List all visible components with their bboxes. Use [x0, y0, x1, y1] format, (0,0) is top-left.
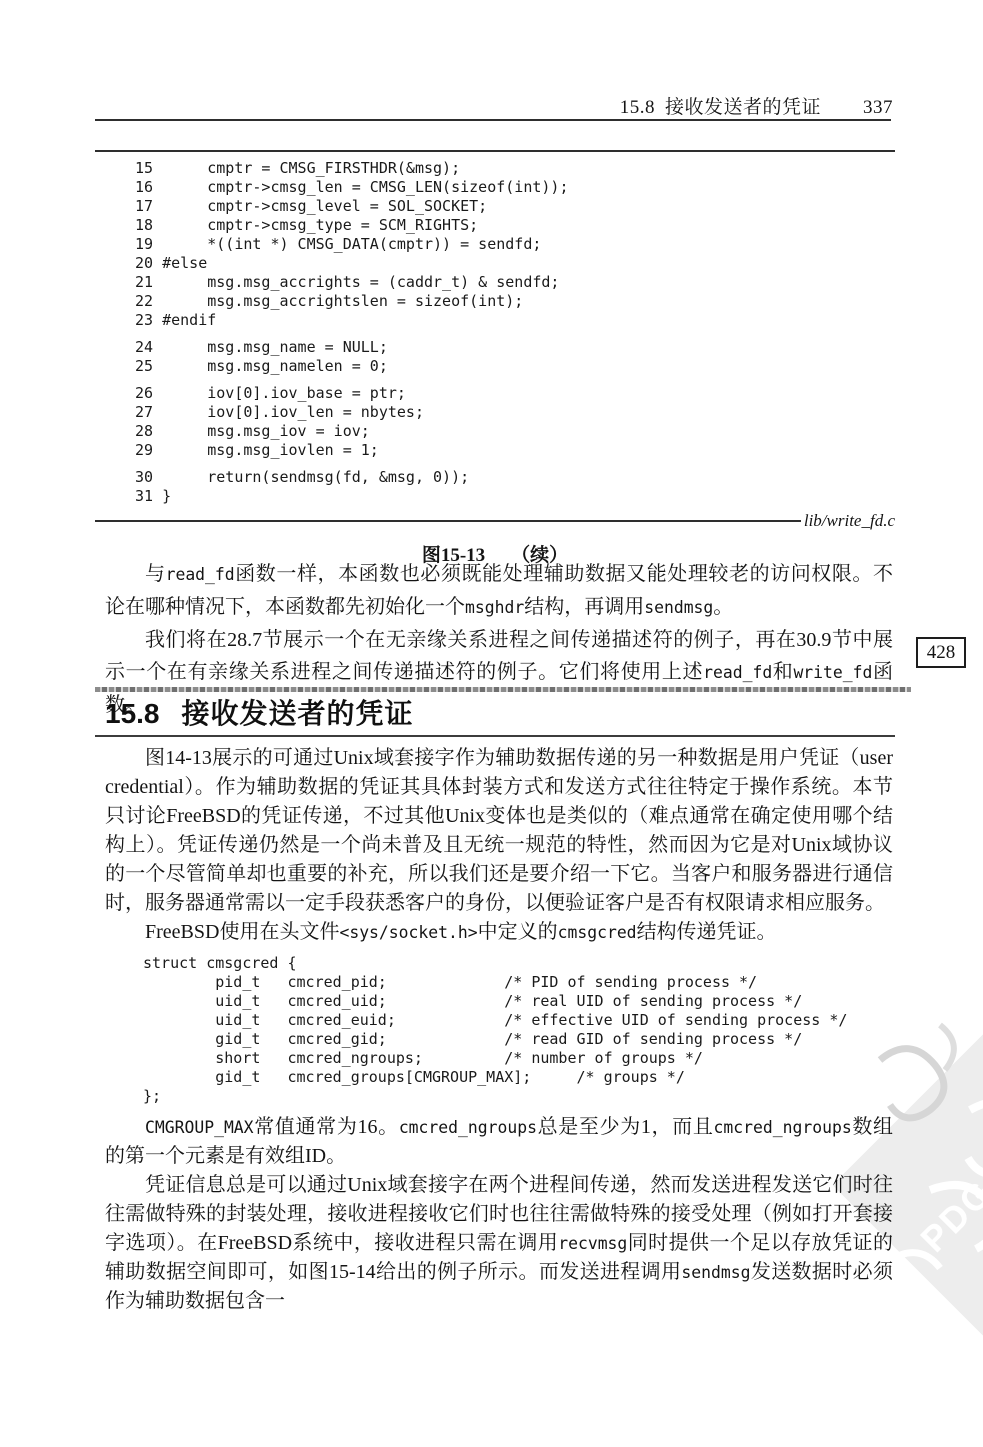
section-heading-hatch-band: [95, 687, 911, 692]
section-heading-rule: [95, 735, 895, 737]
page-number: 337: [863, 97, 893, 118]
code-listing-lines-26-29: 26 iov[0].iov_base = ptr; 27 iov[0].iov_…: [95, 384, 895, 460]
code-listing-lines-30-31: 30 return(sendmsg(fd, &msg, 0)); 31 }: [95, 468, 895, 506]
paragraph-cmgroup-max: CMGROUP_MAX常值通常为16。cmcred_ngroups总是至少为1，…: [105, 1113, 893, 1171]
code-listing-lines-15-23: 15 cmptr = CMSG_FIRSTHDR(&msg); 16 cmptr…: [95, 159, 895, 330]
book-page: PDG 15.8接收发送者的凭证337 15 cmptr = CMSG_FIRS…: [0, 0, 983, 1447]
section-heading: 15.8 接收发送者的凭证: [105, 698, 911, 730]
header-section-number: 15.8: [620, 97, 655, 118]
code-figure-15-13: 15 cmptr = CMSG_FIRSTHDR(&msg); 16 cmptr…: [95, 150, 895, 567]
section-body: 图14-13展示的可通过Unix域套接字作为辅助数据传递的另一种数据是用户凭证（…: [105, 744, 893, 1316]
section-heading-number: 15.8: [105, 698, 160, 730]
section-heading-title: 接收发送者的凭证: [182, 698, 414, 730]
paragraph-read-fd: 与read_fd函数一样，本函数也必须既能处理辅助数据又能处理较老的访问权限。不…: [105, 558, 893, 624]
cmsgcred-struct-listing: struct cmsgcred { pid_t cmcred_pid; /* P…: [143, 954, 893, 1106]
paragraph-freebsd-cmsgcred: FreeBSD使用在头文件<sys/socket.h>中定义的cmsgcred结…: [105, 918, 893, 947]
header-section-title: 接收发送者的凭证: [665, 97, 821, 118]
code-listing-lines-24-25: 24 msg.msg_name = NULL; 25 msg.msg_namel…: [95, 338, 895, 376]
running-header: 15.8接收发送者的凭证337: [105, 92, 893, 119]
source-file-label: lib/write_fd.c: [801, 511, 895, 531]
paragraph-credentials-intro: 图14-13展示的可通过Unix域套接字作为辅助数据传递的另一种数据是用户凭证（…: [105, 744, 893, 918]
figure-bottom-rule: [95, 520, 801, 522]
watermark-pdg-label: PDG: [912, 1171, 983, 1260]
margin-page-ref-box: 428: [916, 637, 966, 668]
paragraph-credential-passing: 凭证信息总是可以通过Unix域套接字在两个进程间传递，然而发送进程发送它们时往往…: [105, 1171, 893, 1316]
figure-top-rule: [95, 150, 895, 152]
header-rule: [95, 119, 891, 121]
section-heading-block: 15.8 接收发送者的凭证: [95, 687, 911, 737]
